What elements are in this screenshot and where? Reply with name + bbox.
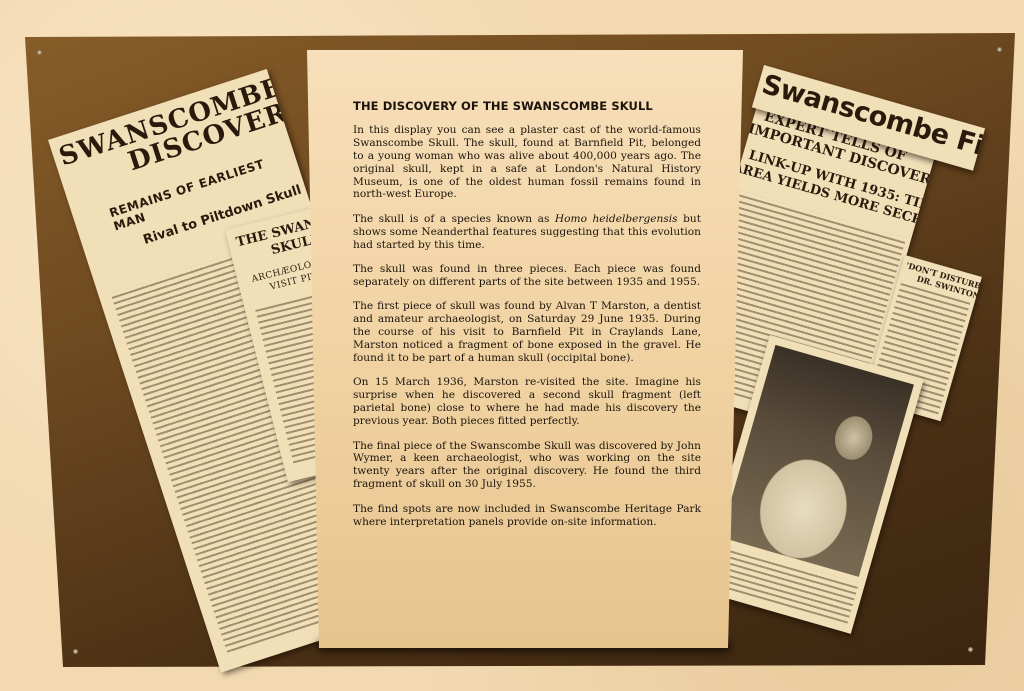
screw-icon: [73, 649, 78, 654]
panel-text: The skull is of a species known as: [353, 213, 555, 225]
information-panel: THE DISCOVERY OF THE SWANSCOMBE SKULL In…: [307, 50, 743, 648]
panel-paragraph: The first piece of skull was found by Al…: [353, 300, 701, 365]
screw-icon: [37, 50, 42, 55]
panel-paragraph: The final piece of the Swanscombe Skull …: [353, 440, 701, 492]
species-name: Homo heidelbergensis: [555, 213, 678, 225]
panel-paragraph: On 15 March 1936, Marston re-visited the…: [353, 376, 701, 428]
panel-paragraph: In this display you can see a plaster ca…: [353, 124, 701, 201]
panel-title: THE DISCOVERY OF THE SWANSCOMBE SKULL: [353, 100, 701, 113]
screw-icon: [997, 47, 1002, 52]
panel-paragraph: The skull was found in three pieces. Eac…: [353, 263, 701, 289]
screw-icon: [968, 647, 973, 652]
panel-paragraph: The skull is of a species known as Homo …: [353, 213, 701, 252]
panel-paragraph: The find spots are now included in Swans…: [353, 503, 701, 529]
